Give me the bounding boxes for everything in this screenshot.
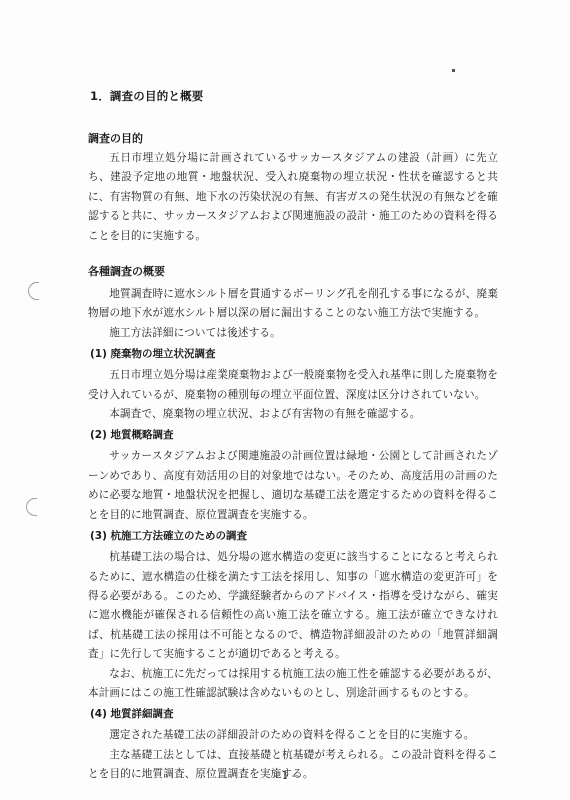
- overview-heading: 各種調査の概要: [88, 264, 498, 282]
- subsection-3-paragraph: 杭基礎工法の場合は、処分場の遮水構造の変更に該当することになると考えられるために…: [88, 548, 498, 664]
- binding-hole-mark: [26, 498, 37, 516]
- subsection-3-paragraph: なお、杭施工に先だっては採用する杭施工法の施工性を確認する必要があるが、本計画に…: [88, 665, 498, 704]
- section-title: 1．調査の目的と概要: [90, 88, 498, 104]
- subsection-1-paragraph: 本調査で、廃棄物の埋立状況、および有害物の有無を確認する。: [88, 405, 498, 424]
- binding-hole-mark: [28, 282, 39, 300]
- purpose-heading: 調査の目的: [88, 131, 498, 149]
- subsection-heading-2: (2) 地質概略調査: [90, 427, 498, 447]
- subsection-heading-4: (4) 地質詳細調査: [90, 706, 498, 726]
- page-number: - 1 -: [0, 769, 570, 782]
- subsection-heading-3: (3) 杭施工方法確立のための調査: [90, 528, 498, 548]
- subsection-4-paragraph: 選定された基礎工法の詳細設計のための資料を得ることを目的に実施する。: [88, 726, 498, 745]
- purpose-paragraph: 五日市埋立処分場に計画されているサッカースタジアムの建設（計画）に先立ち、建設予…: [88, 149, 498, 246]
- overview-paragraph: 地質調査時に遮水シルト層を貫通するボーリング孔を削孔する事になるが、廃棄物層の地…: [88, 285, 498, 324]
- subsection-1-paragraph: 五日市埋立処分場は産業廃棄物および一般廃棄物を受入れ基準に則した廃棄物を受け入れ…: [88, 366, 498, 405]
- document-page: 1．調査の目的と概要 調査の目的 五日市埋立処分場に計画されているサッカースタジ…: [0, 0, 570, 800]
- subsection-heading-1: (1) 廃棄物の埋立状況調査: [90, 346, 498, 366]
- subsection-2-paragraph: サッカースタジアムおよび関連施設の計画位置は緑地・公園として計画されたゾーンめで…: [88, 447, 498, 525]
- scan-speck: [452, 69, 455, 72]
- overview-paragraph: 施工方法詳細については後述する。: [88, 324, 498, 343]
- document-body: 1．調査の目的と概要 調査の目的 五日市埋立処分場に計画されているサッカースタジ…: [88, 88, 498, 785]
